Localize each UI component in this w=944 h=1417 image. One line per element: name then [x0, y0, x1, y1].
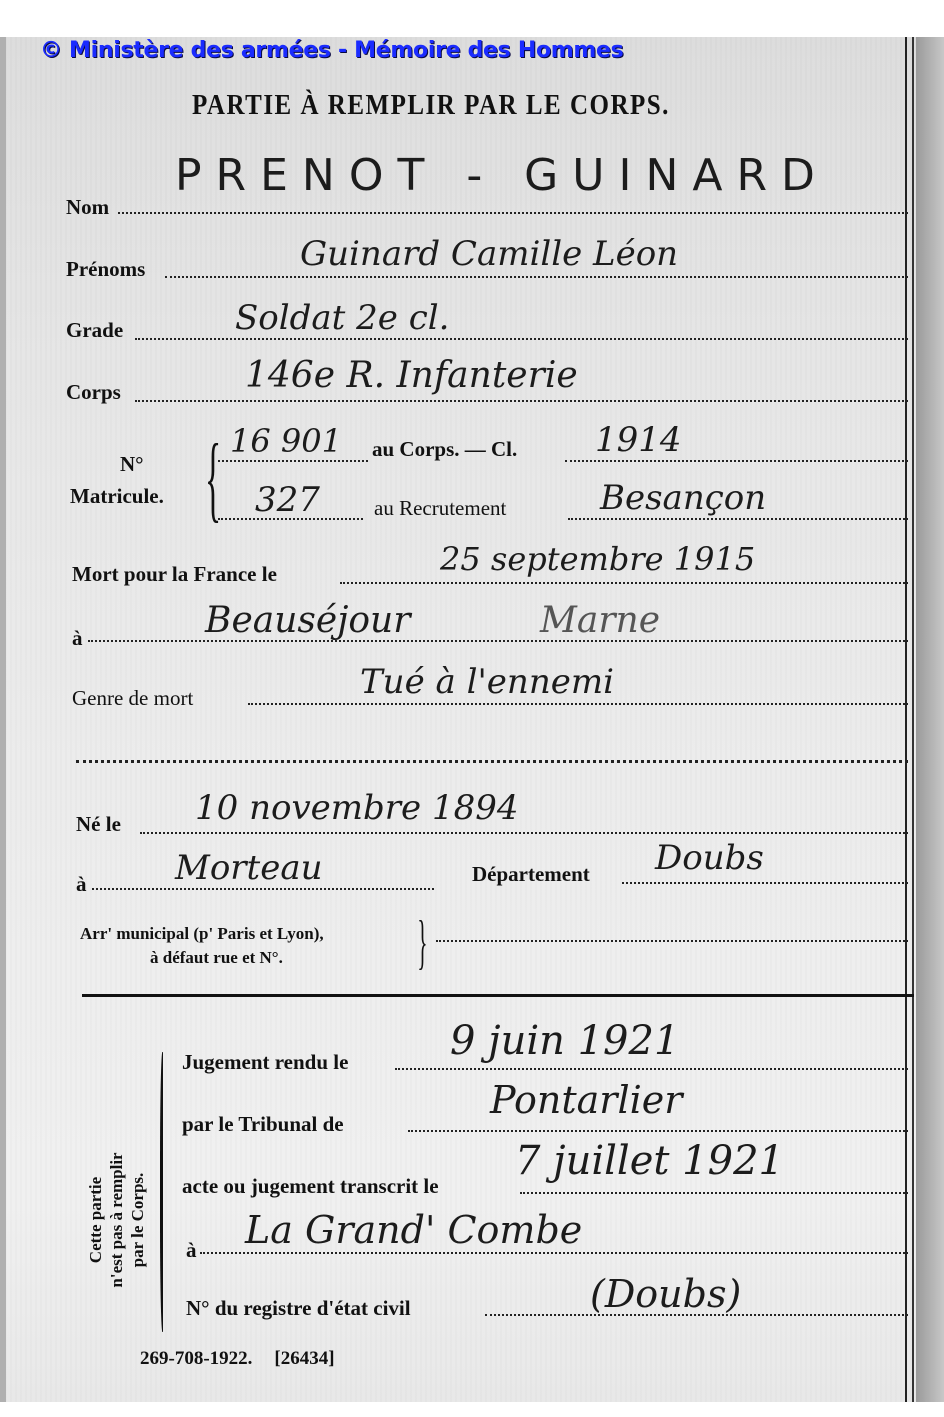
corps-number-line — [218, 460, 368, 462]
prenoms-label: Prénoms — [66, 257, 145, 282]
left-edge-shadow — [0, 37, 6, 1402]
side-note-line-2: n'est pas à remplir — [106, 1095, 127, 1345]
transcrit-a-line — [200, 1252, 908, 1254]
registre-label: N° du registre d'état civil — [186, 1296, 411, 1321]
nom-label: Nom — [66, 195, 109, 220]
page-title: PARTIE À REMPLIR PAR LE CORPS. — [192, 90, 670, 122]
transcrit-line — [520, 1192, 908, 1194]
transcrit-a-label: à — [186, 1238, 197, 1263]
jugement-rendu-value: 9 juin 1921 — [450, 1018, 679, 1064]
arrondissement-label: Arr' municipal (p' Paris et Lyon), — [80, 924, 324, 944]
corps-label: Corps — [66, 380, 121, 405]
registre-value: (Doubs) — [590, 1272, 741, 1316]
arrondissement-line — [436, 940, 908, 942]
ne-le-label: Né le — [76, 812, 121, 837]
grade-value: Soldat 2e cl. — [235, 298, 449, 338]
mort-le-value: 25 septembre 1915 — [440, 540, 755, 578]
tribunal-label: par le Tribunal de — [182, 1112, 344, 1137]
matricule-label: Matricule. — [70, 484, 164, 509]
side-note: Cette partie n'est pas à remplir par le … — [85, 1095, 148, 1345]
departement-line — [622, 882, 908, 884]
right-edge-shadow — [916, 37, 944, 1402]
nom-value: PRENOT - GUINARD — [175, 150, 829, 201]
right-border-rule — [905, 37, 907, 1402]
genre-de-mort-label: Genre de mort — [72, 686, 193, 711]
right-border-rule-inner — [912, 37, 914, 1402]
mort-a-departement: Marne — [540, 600, 660, 641]
transcrit-label: acte ou jugement transcrit le — [182, 1174, 439, 1199]
grade-line — [135, 338, 908, 340]
arrondissement-label-2: à défaut rue et N°. — [150, 948, 283, 968]
mort-le-line — [340, 582, 908, 584]
ne-le-value: 10 novembre 1894 — [195, 788, 518, 828]
genre-de-mort-value: Tué à l'ennemi — [360, 662, 614, 702]
prenoms-line — [165, 276, 908, 278]
side-note-brace — [160, 1052, 166, 1332]
jugement-rendu-label: Jugement rendu le — [182, 1050, 348, 1075]
corps-value: 146e R. Infanterie — [245, 355, 578, 396]
tribunal-value: Pontarlier — [490, 1078, 682, 1122]
tribunal-line — [408, 1130, 908, 1132]
ne-a-label: à — [76, 872, 87, 897]
matricule-brace: { — [205, 430, 221, 526]
recrutement-place-value: Besançon — [600, 478, 766, 518]
nom-line — [118, 212, 908, 214]
print-footer: 269-708-1922.[26434] — [140, 1348, 335, 1370]
section-divider — [82, 994, 914, 997]
corps-number-value: 16 901 — [230, 422, 342, 460]
mort-a-value: Beauséjour — [205, 600, 410, 641]
print-reference: [26434] — [274, 1348, 334, 1369]
transcrit-value: 7 juillet 1921 — [515, 1138, 784, 1184]
classe-value: 1914 — [595, 420, 682, 460]
grade-label: Grade — [66, 318, 123, 343]
arrondissement-brace: } — [417, 912, 427, 972]
mort-le-label: Mort pour la France le — [72, 562, 277, 587]
recrutement-number-value: 327 — [255, 480, 320, 520]
copyright-watermark: © Ministère des armées - Mémoire des Hom… — [40, 38, 623, 63]
ne-le-line — [140, 832, 908, 834]
recrutement-line — [568, 518, 908, 520]
recrutement-label: au Recrutement — [374, 496, 506, 521]
classe-line — [565, 460, 908, 462]
departement-value: Doubs — [655, 838, 764, 878]
corps-classe-label: au Corps. — Cl. — [372, 437, 517, 462]
genre-de-mort-line — [248, 703, 908, 705]
blank-line — [76, 760, 908, 763]
corps-line — [135, 400, 908, 402]
ne-a-value: Morteau — [175, 848, 323, 888]
ne-a-line — [92, 888, 434, 890]
side-note-line-3: par le Corps. — [127, 1095, 148, 1345]
prenoms-value: Guinard Camille Léon — [300, 234, 678, 274]
jugement-rendu-line — [395, 1068, 908, 1070]
mort-a-label: à — [72, 626, 83, 651]
side-note-line-1: Cette partie — [85, 1095, 106, 1345]
transcrit-a-value: La Grand' Combe — [245, 1208, 582, 1252]
print-code: 269-708-1922. — [140, 1348, 252, 1369]
departement-label: Département — [472, 862, 590, 887]
matricule-label-no: N° — [120, 452, 144, 477]
